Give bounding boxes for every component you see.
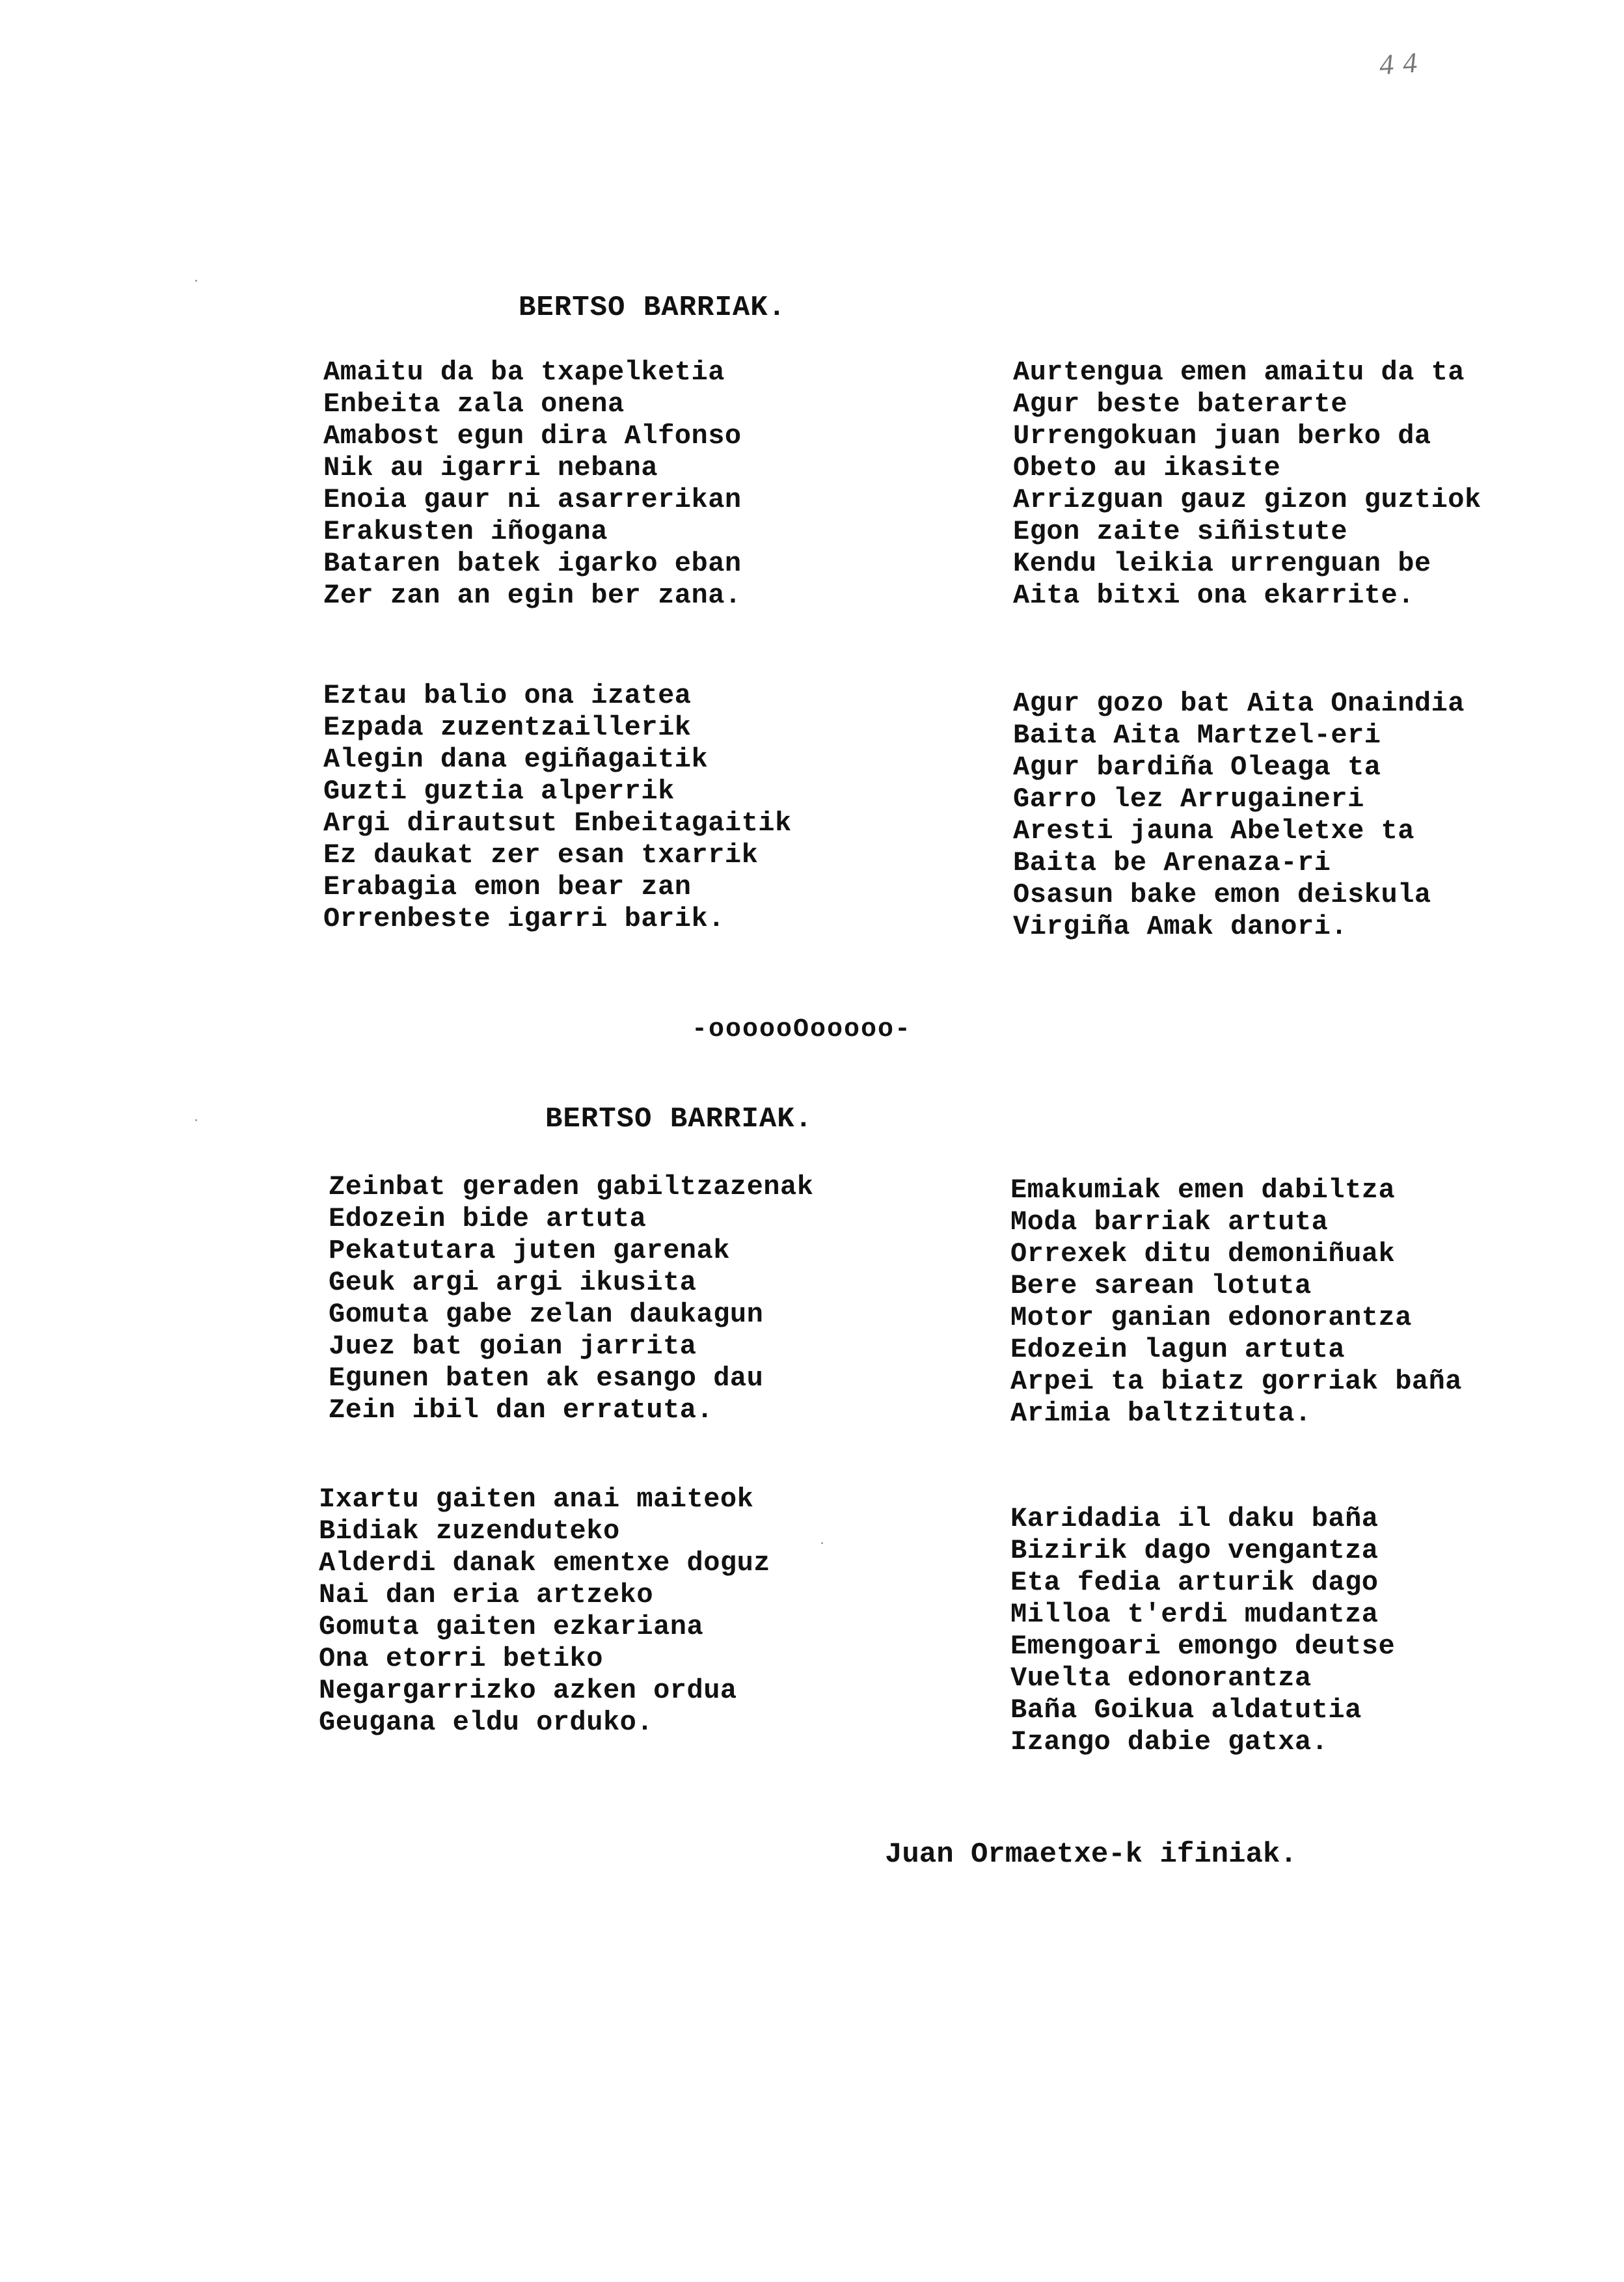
verse-line: Orrexek ditu demoniñuak — [1010, 1238, 1462, 1270]
stanza-1: Amaitu da ba txapelketia Enbeita zala on… — [323, 357, 742, 612]
verse-line: Enbeita zala onena — [323, 388, 742, 420]
section-1-title: BERTSO BARRIAK. — [519, 292, 786, 324]
verse-line: Egon zaite siñistute — [1013, 516, 1482, 548]
verse-line: Kendu leikia urrenguan be — [1013, 548, 1482, 580]
verse-line: Orrenbeste igarri barik. — [323, 903, 792, 935]
verse-line: Motor ganian edonorantza — [1010, 1302, 1462, 1334]
verse-line: Nai dan eria artzeko — [319, 1579, 770, 1611]
verse-line: Eta fedia arturik dago — [1010, 1567, 1395, 1599]
verse-line: Vuelta edonorantza — [1010, 1663, 1395, 1694]
stanza-2: Aurtengua emen amaitu da ta Agur beste b… — [1013, 357, 1482, 612]
verse-line: Zer zan an egin ber zana. — [323, 580, 742, 612]
verse-line: Nik au igarri nebana — [323, 452, 742, 484]
verse-line: Bataren batek igarko eban — [323, 548, 742, 580]
verse-line: Pekatutara juten garenak — [329, 1235, 813, 1267]
verse-line: Enoia gaur ni asarrerikan — [323, 484, 742, 516]
section-divider: -oooooOooooo- — [692, 1015, 912, 1044]
section-2-title: BERTSO BARRIAK. — [545, 1103, 813, 1135]
verse-line: Ez daukat zer esan txarrik — [323, 839, 792, 871]
verse-line: Juez bat goian jarrita — [329, 1331, 813, 1363]
verse-line: Gomuta gaiten ezkariana — [319, 1611, 770, 1643]
verse-line: Aita bitxi ona ekarrite. — [1013, 580, 1482, 612]
verse-line: Amabost egun dira Alfonso — [323, 420, 742, 452]
verse-line: Bere sarean lotuta — [1010, 1270, 1462, 1302]
verse-line: Arpei ta biatz gorriak baña — [1010, 1366, 1462, 1398]
verse-line: Moda barriak artuta — [1010, 1206, 1462, 1238]
signature: Juan Ormaetxe-k ifiniak. — [885, 1838, 1297, 1871]
verse-line: Aurtengua emen amaitu da ta — [1013, 357, 1482, 388]
verse-line: Baña Goikua aldatutia — [1010, 1694, 1395, 1726]
verse-line: Zeinbat geraden gabiltzazenak — [329, 1171, 813, 1203]
verse-line: Ezpada zuzentzaillerik — [323, 712, 792, 744]
stanza-4: Agur gozo bat Aita Onaindia Baita Aita M… — [1013, 688, 1465, 943]
verse-line: Aresti jauna Abeletxe ta — [1013, 815, 1465, 847]
scan-speck — [195, 280, 197, 282]
verse-line: Ixartu gaiten anai maiteok — [319, 1484, 770, 1515]
verse-line: Urrengokuan juan berko da — [1013, 420, 1482, 452]
verse-line: Argi dirautsut Enbeitagaitik — [323, 808, 792, 839]
verse-line: Edozein lagun artuta — [1010, 1334, 1462, 1366]
verse-line: Bidiak zuzenduteko — [319, 1515, 770, 1547]
verse-line: Geuk argi argi ikusita — [329, 1267, 813, 1299]
verse-line: Emengoari emongo deutse — [1010, 1631, 1395, 1663]
scan-speck — [821, 1542, 823, 1544]
verse-line: Egunen baten ak esango dau — [329, 1363, 813, 1394]
verse-line: Izango dabie gatxa. — [1010, 1726, 1395, 1758]
verse-line: Milloa t'erdi mudantza — [1010, 1599, 1395, 1631]
page-number: 44 — [1378, 46, 1427, 82]
verse-line: Guzti guztia alperrik — [323, 776, 792, 808]
verse-line: Erabagia emon bear zan — [323, 871, 792, 903]
verse-line: Alegin dana egiñagaitik — [323, 744, 792, 776]
stanza-5: Zeinbat geraden gabiltzazenak Edozein bi… — [329, 1171, 813, 1426]
verse-line: Agur gozo bat Aita Onaindia — [1013, 688, 1465, 720]
verse-line: Amaitu da ba txapelketia — [323, 357, 742, 388]
verse-line: Baita Aita Martzel-eri — [1013, 720, 1465, 752]
verse-line: Baita be Arenaza-ri — [1013, 847, 1465, 879]
verse-line: Eztau balio ona izatea — [323, 680, 792, 712]
verse-line: Obeto au ikasite — [1013, 452, 1482, 484]
verse-line: Bizirik dago vengantza — [1010, 1535, 1395, 1567]
verse-line: Osasun bake emon deiskula — [1013, 879, 1465, 911]
verse-line: Gomuta gabe zelan daukagun — [329, 1299, 813, 1331]
verse-line: Ona etorri betiko — [319, 1643, 770, 1675]
verse-line: Zein ibil dan erratuta. — [329, 1394, 813, 1426]
verse-line: Alderdi danak ementxe doguz — [319, 1547, 770, 1579]
verse-line: Geugana eldu orduko. — [319, 1707, 770, 1739]
stanza-3: Eztau balio ona izatea Ezpada zuzentzail… — [323, 680, 792, 935]
verse-line: Edozein bide artuta — [329, 1203, 813, 1235]
verse-line: Karidadia il daku baña — [1010, 1503, 1395, 1535]
stanza-8: Karidadia il daku baña Bizirik dago veng… — [1010, 1503, 1395, 1758]
verse-line: Agur beste baterarte — [1013, 388, 1482, 420]
verse-line: Erakusten iñogana — [323, 516, 742, 548]
verse-line: Virgiña Amak danori. — [1013, 911, 1465, 943]
verse-line: Negargarrizko azken ordua — [319, 1675, 770, 1707]
stanza-7: Ixartu gaiten anai maiteok Bidiak zuzend… — [319, 1484, 770, 1739]
verse-line: Agur bardiña Oleaga ta — [1013, 752, 1465, 783]
verse-line: Arimia baltzituta. — [1010, 1398, 1462, 1430]
stanza-6: Emakumiak emen dabiltza Moda barriak art… — [1010, 1175, 1462, 1430]
verse-line: Emakumiak emen dabiltza — [1010, 1175, 1462, 1206]
verse-line: Garro lez Arrugaineri — [1013, 783, 1465, 815]
verse-line: Arrizguan gauz gizon guztiok — [1013, 484, 1482, 516]
scan-speck — [195, 1119, 197, 1121]
